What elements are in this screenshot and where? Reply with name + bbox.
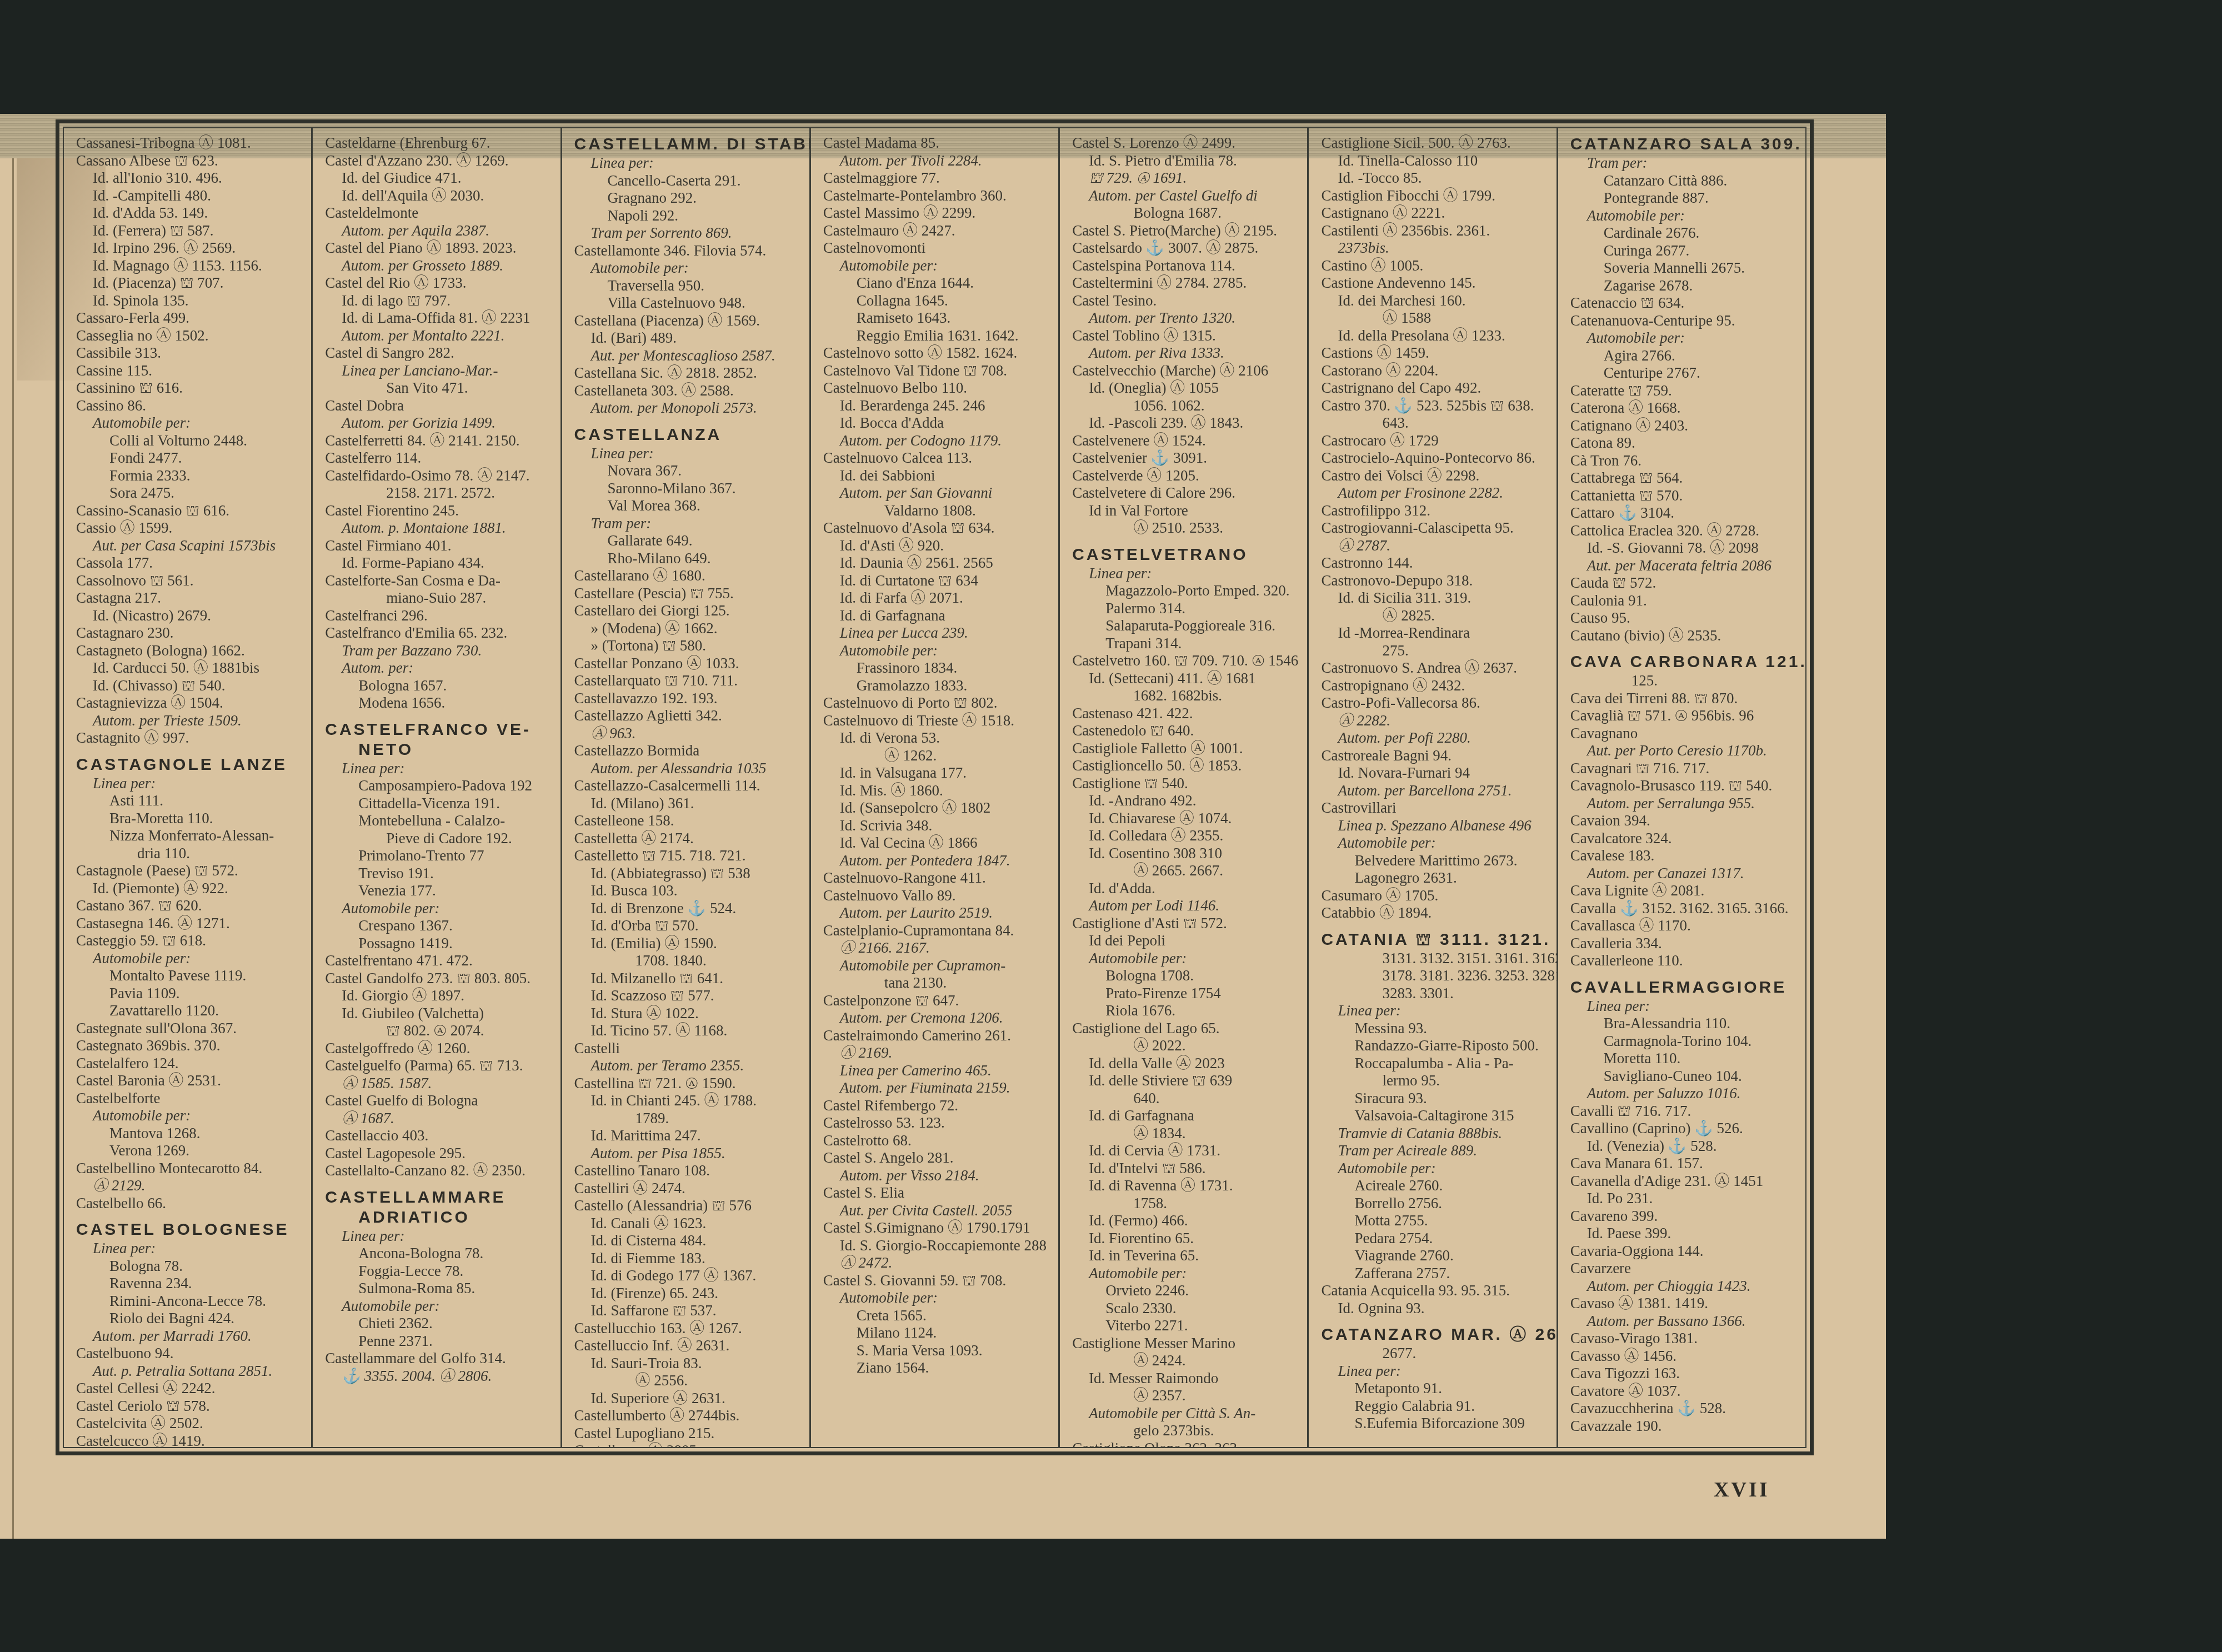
index-entry: Castellana Sic. Ⓐ 2818. 2852.	[574, 364, 802, 382]
sub-entry: Id. Bocca d'Adda	[823, 414, 1050, 432]
transport-note: Autom. per Trento 1320.	[1072, 309, 1299, 327]
index-entry: Castignano Ⓐ 2221.	[1321, 204, 1548, 222]
index-entry: Cavasso Ⓐ 1456.	[1570, 1348, 1798, 1365]
index-entry: Cavalese 183.	[1570, 847, 1798, 865]
destination: Catanzaro Città 886.	[1570, 172, 1798, 190]
sub-entry: Id. delle Stiviere ⛫ 639	[1072, 1072, 1299, 1090]
index-entry: Cattolica Eraclea 320. Ⓐ 2728.	[1570, 522, 1798, 540]
index-entry: Castiglione Sicil. 500. Ⓐ 2763.	[1321, 134, 1548, 152]
sub-entry: Id. di Fiemme 183.	[574, 1250, 802, 1268]
transport-note: Linea per:	[574, 154, 802, 172]
transport-note: Autom. per Aquila 2387.	[325, 222, 552, 240]
destination: Palermo 314.	[1072, 600, 1299, 618]
index-entry: Castelbellino Montecarotto 84.	[76, 1160, 303, 1178]
index-entry: Cavalla ⚓ 3152. 3162. 3165. 3166.	[1570, 900, 1798, 918]
index-entry: Castrignano del Capo 492.	[1321, 379, 1548, 397]
destination: Acireale 2760.	[1321, 1177, 1548, 1195]
sub-entry: Id. S. Giorgio-Roccapiemonte 288	[823, 1237, 1050, 1255]
index-entry: Cava Lignite Ⓐ 2081.	[1570, 882, 1798, 900]
index-entry: Castronuovo S. Andrea Ⓐ 2637.	[1321, 659, 1548, 677]
index-entry: Castelgoffredo Ⓐ 1260.	[325, 1040, 552, 1058]
index-entry: Castel Firmiano 401.	[325, 537, 552, 555]
index-column-3: CASTELLAMM. DI STABIALinea per:Cancello-…	[560, 128, 809, 1447]
destination: Frassinoro 1834.	[823, 659, 1050, 677]
index-entry: Castellazzo-Casalcermelli 114.	[574, 777, 802, 795]
index-entry: Castellamonte 346. Filovia 574.	[574, 242, 802, 260]
index-entry: Cavazucchherina ⚓ 528.	[1570, 1400, 1798, 1418]
index-entry: Castrocielo-Aquino-Pontecorvo 86.	[1321, 449, 1548, 467]
index-column-6: Castiglione Sicil. 500. Ⓐ 2763.Id. Tinel…	[1307, 128, 1556, 1447]
destination: Modena 1656.	[325, 694, 552, 712]
transport-note: Automobile per Cupramon-	[823, 957, 1050, 975]
index-entry: Catignano Ⓐ 2403.	[1570, 417, 1798, 435]
destination: Saronno-Milano 367.	[574, 480, 802, 498]
destination: Venezia 177.	[325, 882, 552, 900]
transport-note: Autom. per Laurito 2519.	[823, 904, 1050, 922]
index-entry: Castel Lagopesole 295.	[325, 1145, 552, 1163]
index-entry: Castel Gandolfo 273. ⛫ 803. 805.	[325, 970, 552, 988]
entry-continuation: Ⓐ 2510. 2533.	[1072, 519, 1299, 537]
sub-entry: Id. Giubileo (Valchetta)	[325, 1005, 552, 1023]
destination: Fondi 2477.	[76, 449, 303, 467]
transport-note: Ⓐ 2787.	[1321, 537, 1548, 555]
transport-note: Automobile per:	[1072, 1265, 1299, 1283]
index-entry: Castelfranci 296.	[325, 607, 552, 625]
transport-note: Autom. per San Giovanni	[823, 484, 1050, 502]
index-entry: Castel Massimo Ⓐ 2299.	[823, 204, 1050, 222]
index-entry: Castelleone 158.	[574, 812, 802, 830]
destination: Roccapalumba - Alia - Pa-	[1321, 1055, 1548, 1073]
index-entry: Cava dei Tirreni 88. ⛫ 870.	[1570, 690, 1798, 708]
index-entry: Castel del Piano Ⓐ 1893. 2023.	[325, 239, 552, 257]
index-entry: Castelnuovo Vallo 89.	[823, 887, 1050, 905]
index-entry: Castel Lupogliano 215.	[574, 1425, 802, 1443]
index-entry: Castelsardo ⚓ 3007. Ⓐ 2875.	[1072, 239, 1299, 257]
sub-entry: Id. della Valle Ⓐ 2023	[1072, 1055, 1299, 1073]
index-entry: Castagnievizza Ⓐ 1504.	[76, 694, 303, 712]
sub-entry: Id. (Oneglia) Ⓐ 1055	[1072, 379, 1299, 397]
entry-continuation: ⛫ 802. Ⓐ 2074.	[325, 1022, 552, 1040]
entry-continuation: Ⓐ 2357.	[1072, 1387, 1299, 1405]
index-entry: Castronno 144.	[1321, 554, 1548, 572]
index-entry: Castel Baronia Ⓐ 2531.	[76, 1072, 303, 1090]
destination: Riolo dei Bagni 424.	[76, 1310, 303, 1328]
sub-entry: Id. -Campitelli 480.	[76, 187, 303, 205]
destination: Val Morea 368.	[574, 497, 802, 515]
index-entry: Castel d'Azzano 230. Ⓐ 1269.	[325, 152, 552, 170]
destination: Zavattarello 1120.	[76, 1002, 303, 1020]
sub-entry: Id. Superiore Ⓐ 2631.	[574, 1390, 802, 1408]
destination: Motta 2755.	[1321, 1212, 1548, 1230]
index-entry: Castellazzo Aglietti 342.	[574, 707, 802, 725]
transport-note: Tram per Sorrento 869.	[574, 224, 802, 242]
destination: Rimini-Ancona-Lecce 78.	[76, 1293, 303, 1310]
index-column-7: CATANZARO SALA 309.Tram per:Catanzaro Ci…	[1557, 128, 1805, 1447]
index-entry: Castellazzo Bormida	[574, 742, 802, 760]
transport-note: Aut. per Civita Castell. 2055	[823, 1202, 1050, 1220]
transport-note: Linea per Camerino 465.	[823, 1062, 1050, 1080]
index-entry: Castelbelforte	[76, 1090, 303, 1108]
index-entry: Castel S. Angelo 281.	[823, 1149, 1050, 1167]
destination: Viterbo 2271.	[1072, 1317, 1299, 1335]
index-entry: Castel S. Lorenzo Ⓐ 2499.	[1072, 134, 1299, 152]
index-entry: Cautano (bivio) Ⓐ 2535.	[1570, 627, 1798, 645]
transport-note: Ⓐ 2166. 2167.	[823, 939, 1050, 957]
transport-note: Ⓐ 2129.	[76, 1177, 303, 1195]
sub-entry: Id. -Tocco 85.	[1321, 169, 1548, 187]
transport-note: Linea per:	[1570, 998, 1798, 1015]
transport-note: Automobile per:	[76, 950, 303, 968]
index-entry: Castroreale Bagni 94.	[1321, 747, 1548, 765]
index-entry: Cavagnari ⛫ 716. 717.	[1570, 760, 1798, 778]
transport-note: Tram per Bazzano 730.	[325, 642, 552, 660]
index-entry: Castenedolo ⛫ 640.	[1072, 722, 1299, 740]
entry-continuation: Ⓐ 2022.	[1072, 1037, 1299, 1055]
index-entry: Castelraimondo Camerino 261.	[823, 1027, 1050, 1045]
index-entry: Castorano Ⓐ 2204.	[1321, 362, 1548, 380]
index-entry: Catenaccio ⛫ 634.	[1570, 294, 1798, 312]
entry-continuation: 1758.	[1072, 1195, 1299, 1213]
destination: Pavia 1109.	[76, 985, 303, 1003]
index-entry: Castelcivita Ⓐ 2502.	[76, 1415, 303, 1433]
index-entry: Castel Toblino Ⓐ 1315.	[1072, 327, 1299, 345]
sub-entry: Id. Marittima 247.	[574, 1127, 802, 1145]
sub-entry: Id. d'Intelvi ⛫ 586.	[1072, 1160, 1299, 1178]
sub-entry: Id. all'Ionio 310. 496.	[76, 169, 303, 187]
index-entry: Casumaro Ⓐ 1705.	[1321, 887, 1548, 905]
dark-background-right	[1886, 114, 2222, 1652]
entry-continuation: 1708. 1840.	[574, 952, 802, 970]
sub-entry: Id. di Brenzone ⚓ 524.	[574, 900, 802, 918]
transport-note: Aut. per Montescaglioso 2587.	[574, 347, 802, 365]
entry-continuation: 2158. 2171. 2572.	[325, 484, 552, 502]
destination: Ramiseto 1643.	[823, 309, 1050, 327]
transport-note: Aut. per Macerata feltria 2086	[1570, 557, 1798, 575]
destination: Curinga 2677.	[1570, 242, 1798, 260]
sub-entry: Id. Ognina 93.	[1321, 1300, 1548, 1318]
sub-entry: Id. (Chivasso) ⛫ 540.	[76, 677, 303, 695]
destination: Ziano 1564.	[823, 1359, 1050, 1377]
sub-entry: Id. Fiorentino 65.	[1072, 1230, 1299, 1248]
index-entry: Cassibile 313.	[76, 344, 303, 362]
entry-continuation: Ⓐ 1834.	[1072, 1125, 1299, 1143]
index-entry: Castellaneta 303. Ⓐ 2588.	[574, 382, 802, 400]
index-entry: Cavaglià ⛫ 571. Ⓐ 956bis. 96	[1570, 707, 1798, 725]
index-entry: Castrovillari	[1321, 799, 1548, 817]
destination: S. Maria Versa 1093.	[823, 1342, 1050, 1360]
station-heading: CASTELFRANCO VE-	[325, 720, 552, 740]
index-columns: Cassanesi-Tribogna Ⓐ 1081.Cassano Albese…	[63, 127, 1806, 1448]
destination: Metaponto 91.	[1321, 1380, 1548, 1398]
index-entry: Castenaso 421. 422.	[1072, 705, 1299, 723]
transport-note: Autom. per Pisa 1855.	[574, 1145, 802, 1163]
sub-entry: Id. Ticino 57. Ⓐ 1168.	[574, 1022, 802, 1040]
transport-note: ⛫ 729. Ⓐ 1691.	[1072, 169, 1299, 187]
transport-note: Autom. per Trieste 1509.	[76, 712, 303, 730]
index-entry: Castel S. Elia	[823, 1184, 1050, 1202]
destination: Cardinale 2676.	[1570, 224, 1798, 242]
sub-entry: Id. di Farfa Ⓐ 2071.	[823, 589, 1050, 607]
transport-note: Autom. per Serralunga 955.	[1570, 795, 1798, 813]
transport-note: Automobile per Città S. An-	[1072, 1405, 1299, 1423]
sub-entry: Id. d'Asti Ⓐ 920.	[823, 537, 1050, 555]
destination: Sora 2475.	[76, 484, 303, 502]
destination: Riola 1676.	[1072, 1002, 1299, 1020]
index-entry: Castro-Pofi-Vallecorsa 86.	[1321, 694, 1548, 712]
destination: Salaparuta-Poggioreale 316.	[1072, 617, 1299, 635]
index-entry: Castellarquato ⛫ 710. 711.	[574, 672, 802, 690]
index-entry: Castrofilippo 312.	[1321, 502, 1548, 520]
index-entry: Castano 367. ⛫ 620.	[76, 897, 303, 915]
destination: Savigliano-Cuneo 104.	[1570, 1068, 1798, 1085]
index-entry: Castelalfero 124.	[76, 1055, 303, 1073]
transport-note: Autom. per Monopoli 2573.	[574, 399, 802, 417]
transport-note: Autom. per Tivoli 2284.	[823, 152, 1050, 170]
sub-entry: Id. (Piemonte) Ⓐ 922.	[76, 880, 303, 898]
sub-entry: Id. d'Adda 53. 149.	[76, 204, 303, 222]
index-entry: Castagna 217.	[76, 589, 303, 607]
index-entry: Cavazzale 190.	[1570, 1418, 1798, 1435]
transport-note: Linea per Lucca 239.	[823, 624, 1050, 642]
transport-note: Autom. per Teramo 2355.	[574, 1057, 802, 1075]
index-entry: Castelletta Ⓐ 2174.	[574, 830, 802, 848]
destination: Messina 93.	[1321, 1020, 1548, 1038]
index-entry: Cateratte ⛫ 759.	[1570, 382, 1798, 400]
index-entry: Castellumberto Ⓐ 2744bis.	[574, 1407, 802, 1425]
index-entry: Castelbuono 94.	[76, 1345, 303, 1363]
sub-entry: Id. Chiavarese Ⓐ 1074.	[1072, 810, 1299, 828]
index-entry: Castellavazzo 192. 193.	[574, 690, 802, 708]
transport-note: Autom. per Marradi 1760.	[76, 1328, 303, 1345]
index-entry: Castel Madama 85.	[823, 134, 1050, 152]
transport-note: Automobile per:	[325, 1298, 552, 1315]
sub-entry: Id. Tinella-Calosso 110	[1321, 152, 1548, 170]
sub-entry: Id. dell'Aquila Ⓐ 2030.	[325, 187, 552, 205]
index-entry: Cava Manara 61. 157.	[1570, 1155, 1798, 1173]
sub-entry: Id. Berardenga 245. 246	[823, 397, 1050, 415]
destination: Centuripe 2767.	[1570, 364, 1798, 382]
index-entry: Castigliole Falletto Ⓐ 1001.	[1072, 740, 1299, 758]
entry-continuation: Valdarno 1808.	[823, 502, 1050, 520]
sub-entry: Id. di Garfagnana	[1072, 1107, 1299, 1125]
destination: Valsavoia-Caltagirone 315	[1321, 1107, 1548, 1125]
index-entry: Castelfrentano 471. 472.	[325, 952, 552, 970]
transport-note: Autom. per Barcellona 2751.	[1321, 782, 1548, 800]
index-column-2: Casteldarne (Ehrenburg 67.Castel d'Azzan…	[311, 128, 560, 1447]
station-heading: CASTELLAMM. DI STABIA	[574, 134, 802, 154]
index-entry: Cattanietta ⛫ 570.	[1570, 487, 1798, 505]
index-entry: Castel S.Gimignano Ⓐ 1790.1791	[823, 1219, 1050, 1237]
index-entry: Castegnate sull'Olona 367.	[76, 1020, 303, 1038]
sub-entry: Id. (Settecani) 411. Ⓐ 1681	[1072, 670, 1299, 688]
index-entry: Castropignano Ⓐ 2432.	[1321, 677, 1548, 695]
transport-note: Autom. per Alessandria 1035	[574, 760, 802, 778]
destination: Trapani 314.	[1072, 635, 1299, 653]
index-entry: Cavaso-Virago 1381.	[1570, 1330, 1798, 1348]
sub-entry: Id. di Cervia Ⓐ 1731.	[1072, 1142, 1299, 1160]
index-entry: Cassio Ⓐ 1599.	[76, 519, 303, 537]
index-entry: Castelfranco d'Emilia 65. 232.	[325, 624, 552, 642]
transport-note: Autom. per Riva 1333.	[1072, 344, 1299, 362]
sub-entry: Id. Po 231.	[1570, 1190, 1798, 1208]
entry-continuation: 3283. 3301.	[1321, 985, 1548, 1003]
sub-entry: Id. Colledara Ⓐ 2355.	[1072, 827, 1299, 845]
sub-entry: Id. (Nicastro) 2679.	[76, 607, 303, 625]
index-entry: Catona 89.	[1570, 434, 1798, 452]
transport-note: Autom. per Saluzzo 1016.	[1570, 1085, 1798, 1103]
destination: Villa Castelnuovo 948.	[574, 294, 802, 312]
transport-note: Aut. per Casa Scapini 1573bis	[76, 537, 303, 555]
transport-note: Automobile per:	[1321, 1160, 1548, 1178]
index-entry: Castiglion Fibocchi Ⓐ 1799.	[1321, 187, 1548, 205]
destination: Primolano-Trento 77	[325, 847, 552, 865]
index-entry: Casteggio 59. ⛫ 618.	[76, 932, 303, 950]
station-heading: CASTEL BOLOGNESE	[76, 1220, 303, 1240]
transport-note: ⚓ 3355. 2004. Ⓐ 2806.	[325, 1368, 552, 1385]
sub-entry: Id. d'Adda.	[1072, 880, 1299, 898]
station-heading: CATANIA ⛫ 3111. 3121. 3123.	[1321, 930, 1548, 950]
entry-continuation: Ⓐ 2665. 2667.	[1072, 862, 1299, 880]
index-entry: Cavalli ⛫ 716. 717.	[1570, 1103, 1798, 1120]
transport-note: Automobile per:	[574, 259, 802, 277]
index-entry: Castiglione d'Asti ⛫ 572.	[1072, 915, 1299, 933]
sub-entry: Id dei Pepoli	[1072, 932, 1299, 950]
entry-continuation: Ⓐ 1262.	[823, 747, 1050, 765]
destination: S.Eufemia Biforcazione 309	[1321, 1415, 1548, 1433]
destination: Bologna 78.	[76, 1258, 303, 1275]
destination: Asti 111.	[76, 792, 303, 810]
index-entry: Cavaria-Oggiona 144.	[1570, 1243, 1798, 1260]
sub-entry: Id. (Venezia) ⚓ 528.	[1570, 1138, 1798, 1155]
transport-note: Ⓐ 1585. 1587.	[325, 1075, 552, 1093]
index-entry: Castellana (Piacenza) Ⓐ 1569.	[574, 312, 802, 330]
sub-entry: Id. Novara-Furnari 94	[1321, 764, 1548, 782]
sub-entry: Id. Scrivia 348.	[823, 817, 1050, 835]
index-entry: Castelferro 114.	[325, 449, 552, 467]
transport-note: Autom. per Chioggia 1423.	[1570, 1278, 1798, 1295]
transport-note: Autom. p. Montaione 1881.	[325, 519, 552, 537]
station-heading: CAVA CARBONARA 121.	[1570, 652, 1798, 672]
sub-entry: Id. Saffarone ⛫ 537.	[574, 1302, 802, 1320]
sub-entry: Id. (Fermo) 466.	[1072, 1212, 1299, 1230]
sub-entry: Id. in Chianti 245. Ⓐ 1788.	[574, 1092, 802, 1110]
sub-entry: Id. di Verona 53.	[823, 729, 1050, 747]
destination: Pontegrande 887.	[1570, 189, 1798, 207]
entry-continuation: miano-Suio 287.	[325, 589, 552, 607]
destination: Zagarise 2678.	[1570, 277, 1798, 295]
station-heading: CASTELLANZA	[574, 425, 802, 445]
transport-note: Automobile per:	[823, 1289, 1050, 1307]
sub-entry: Id. Carducci 50. Ⓐ 1881bis	[76, 659, 303, 677]
destination: Sulmona-Roma 85.	[325, 1280, 552, 1298]
destination: Formia 2333.	[76, 467, 303, 485]
destination: Belvedere Marittimo 2673.	[1321, 852, 1548, 870]
sub-entry: Id. di Curtatone ⛫ 634	[823, 572, 1050, 590]
transport-note: Autom. per Canazei 1317.	[1570, 865, 1798, 883]
transport-note: 2373bis.	[1321, 239, 1548, 257]
destination: Magazzolo-Porto Emped. 320.	[1072, 582, 1299, 600]
destination: Creta 1565.	[823, 1307, 1050, 1325]
index-entry: Cauda ⛫ 572.	[1570, 574, 1798, 592]
destination: Ravenna 234.	[76, 1275, 303, 1293]
index-entry: Catabbio Ⓐ 1894.	[1321, 904, 1548, 922]
sub-entry: Id. (Abbiategrasso) ⛫ 538	[574, 865, 802, 883]
entry-continuation: 3131. 3132. 3151. 3161. 3162.	[1321, 950, 1548, 968]
transport-note: Linea per Lanciano-Mar.-	[325, 362, 552, 380]
index-entry: Castel Tesino.	[1072, 292, 1299, 310]
transport-note: Linea p. Spezzano Albanese 496	[1321, 817, 1548, 835]
sub-entry: Id. (Firenze) 65. 243.	[574, 1285, 802, 1303]
sub-entry: Id. Cosentino 308 310	[1072, 845, 1299, 863]
index-column-1: Cassanesi-Tribogna Ⓐ 1081.Cassano Albese…	[64, 128, 311, 1447]
sub-entry: Id. di Lama-Offida 81. Ⓐ 2231	[325, 309, 552, 327]
index-entry: Caulonia 91.	[1570, 592, 1798, 610]
index-entry: Cavallino (Caprino) ⚓ 526.	[1570, 1120, 1798, 1138]
transport-note: Automobile per:	[1570, 329, 1798, 347]
index-entry: Castel Guelfo di Bologna	[325, 1092, 552, 1110]
index-entry: Castelnuovo di Trieste Ⓐ 1518.	[823, 712, 1050, 730]
sub-entry: Id. -Andrano 492.	[1072, 792, 1299, 810]
sub-entry: Id. Spinola 135.	[76, 292, 303, 310]
index-entry: Cassino-Scanasio ⛫ 616.	[76, 502, 303, 520]
index-column-4: Castel Madama 85.Autom. per Tivoli 2284.…	[809, 128, 1058, 1447]
destination: Montebelluna - Calalzo-	[325, 812, 552, 830]
sub-entry: Id. dei Marchesi 160.	[1321, 292, 1548, 310]
sub-entry: Id. -S. Giovanni 78. Ⓐ 2098	[1570, 539, 1798, 557]
index-entry: Castelvetere di Calore 296.	[1072, 484, 1299, 502]
index-entry: Casteltermini Ⓐ 2784. 2785.	[1072, 274, 1299, 292]
entry-continuation: 1789.	[574, 1110, 802, 1128]
destination: Verona 1269.	[76, 1142, 303, 1160]
sub-entry: Id. Giorgio Ⓐ 1897.	[325, 987, 552, 1005]
sub-entry: Id. (Bari) 489.	[574, 329, 802, 347]
transport-note: Linea per:	[325, 1228, 552, 1245]
entry-continuation: 1056. 1062.	[1072, 397, 1299, 415]
destination: Bologna 1657.	[325, 677, 552, 695]
transport-note: Autom. per Grosseto 1889.	[325, 257, 552, 275]
transport-note: Ⓐ 1687.	[325, 1110, 552, 1128]
transport-note: Linea per:	[76, 775, 303, 793]
sub-entry: Id. Canali Ⓐ 1623.	[574, 1215, 802, 1233]
transport-note: Automobile per:	[1321, 834, 1548, 852]
transport-note: Linea per:	[1321, 1363, 1548, 1380]
transport-note: Autom. per Fiuminata 2159.	[823, 1079, 1050, 1097]
index-entry: Cavallerleone 110.	[1570, 952, 1798, 970]
station-heading: CASTELVETRANO	[1072, 545, 1299, 565]
index-entry: Catenanuova-Centuripe 95.	[1570, 312, 1798, 330]
index-entry: Cassanesi-Tribogna Ⓐ 1081.	[76, 134, 303, 152]
destination: Cittadella-Vicenza 191.	[325, 795, 552, 813]
index-entry: Cattaro ⚓ 3104.	[1570, 504, 1798, 522]
transport-note: Automobile per:	[325, 900, 552, 918]
sub-entry: Id in Val Fortore	[1072, 502, 1299, 520]
sub-entry: Id. Daunia Ⓐ 2561. 2565	[823, 554, 1050, 572]
destination: Chieti 2362.	[325, 1315, 552, 1333]
index-entry: Cassino 86.	[76, 397, 303, 415]
index-entry: Castelvenier ⚓ 3091.	[1072, 449, 1299, 467]
index-entry: Catania Acquicella 93. 95. 315.	[1321, 1282, 1548, 1300]
index-entry: Castione Andevenno 145.	[1321, 274, 1548, 292]
index-entry: Castellaccio 403.	[325, 1127, 552, 1145]
index-entry: Castelvenere Ⓐ 1524.	[1072, 432, 1299, 450]
entry-continuation: Ⓐ 2424.	[1072, 1352, 1299, 1370]
destination: Bra-Moretta 110.	[76, 810, 303, 828]
index-entry: Castiglione Messer Marino	[1072, 1335, 1299, 1353]
transport-note: Linea per:	[1072, 565, 1299, 583]
destination: Borrello 2756.	[1321, 1195, 1548, 1213]
index-entry: Castellucchio 163. Ⓐ 1267.	[574, 1320, 802, 1338]
entry-continuation: San Vito 471.	[325, 379, 552, 397]
